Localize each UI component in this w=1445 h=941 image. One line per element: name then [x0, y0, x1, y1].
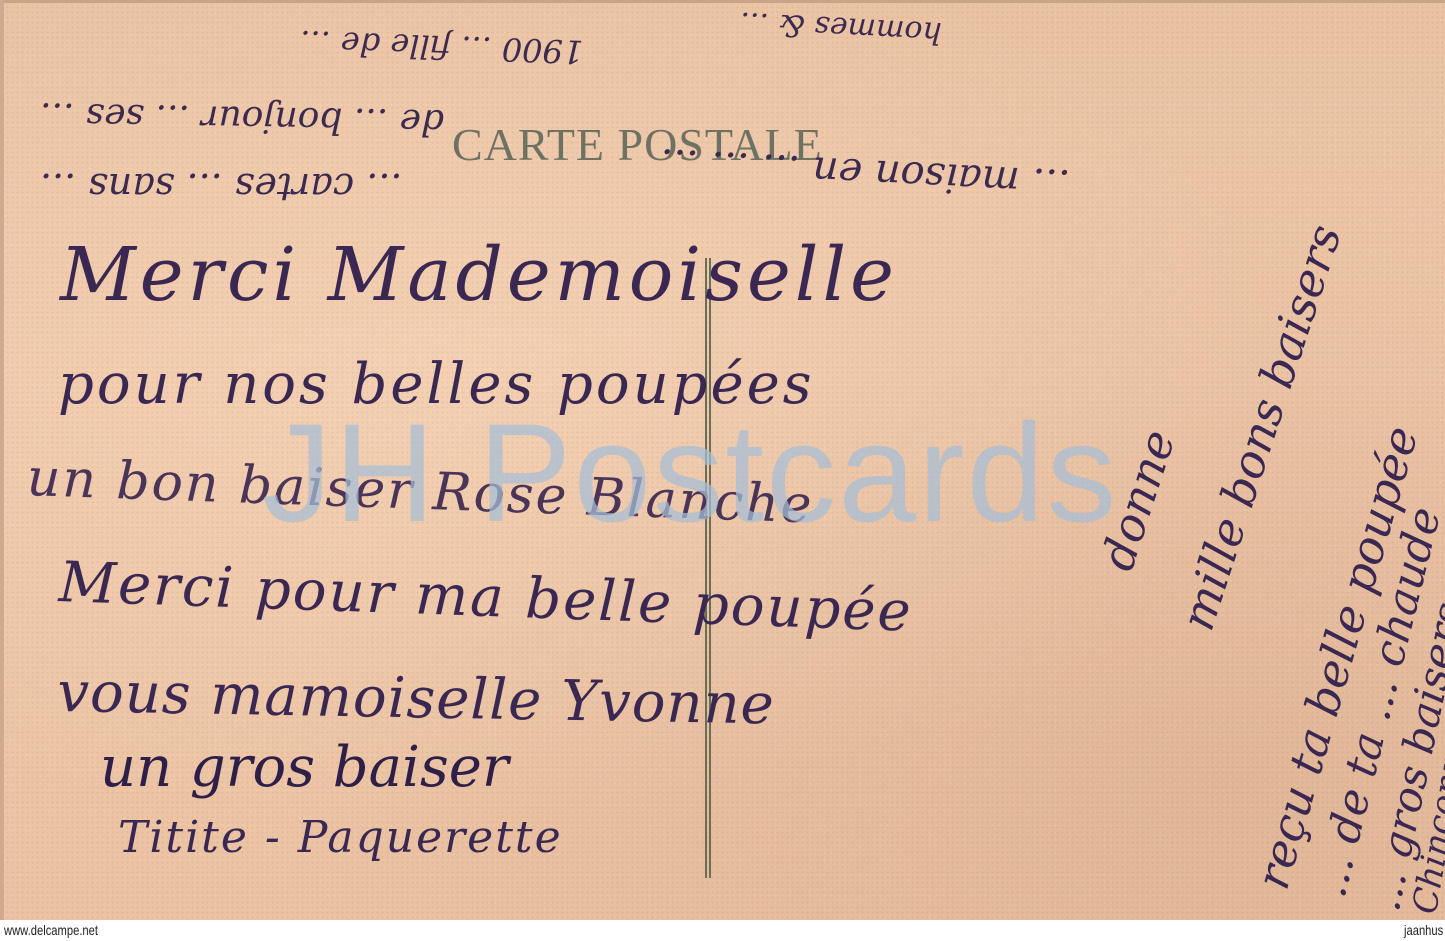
center-divider-line: [705, 258, 711, 878]
source-credit: www.delcampe.net: [4, 922, 98, 938]
upside-down-line: hommes & ...: [739, 5, 942, 51]
message-line: un bon baiser Rose Blanche: [26, 448, 815, 535]
signature: Titite - Paquerette: [118, 812, 563, 863]
postcard-back: CARTE POSTALE hommes & ... 1900 ... fill…: [0, 0, 1445, 920]
seller-credit: jaanhus: [1404, 922, 1443, 938]
sideways-line: donne: [1090, 423, 1186, 576]
message-line: Merci pour ma belle poupée: [58, 550, 914, 645]
footer-bar: www.delcampe.net jaanhus: [0, 920, 1445, 941]
upside-down-line: ... maison en ... ... ...: [659, 139, 1071, 206]
upside-down-line: ... cartes ... sans ...: [40, 165, 403, 209]
message-line: un gros baiser: [100, 735, 509, 800]
upside-down-line: de ... bonjour ... ses ...: [40, 94, 445, 142]
card-edge: [0, 0, 1445, 3]
card-edge: [0, 0, 4, 920]
message-line: vous mamoiselle Yvonne: [57, 660, 775, 738]
upside-down-line: 1900 ... fille de ...: [299, 23, 583, 71]
message-line: Merci Mademoiselle: [60, 232, 898, 318]
sideways-line: mille bons baisers: [1170, 218, 1352, 637]
message-line: pour nos belles poupées: [58, 352, 815, 417]
